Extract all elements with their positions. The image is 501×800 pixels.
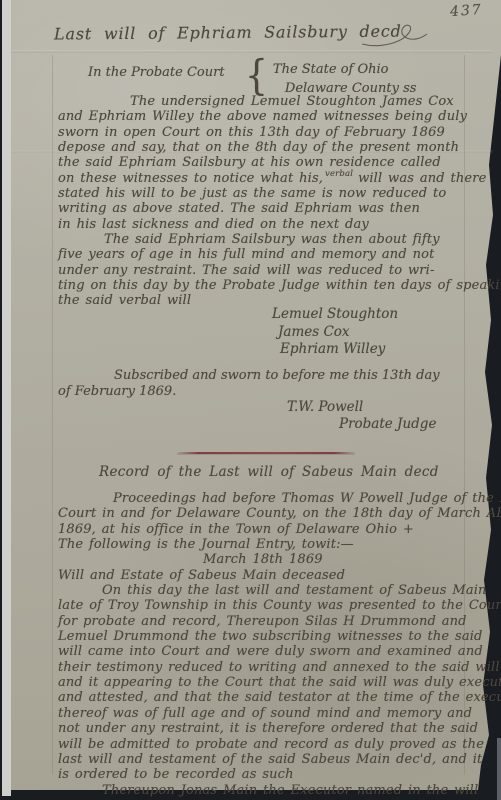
body-line: under any restraint. The said will was r…: [58, 263, 501, 278]
will2-body: Proceedings had before Thomas W Powell J…: [58, 491, 501, 798]
will1-title: Last will of Ephriam Sailsbury decd: [54, 21, 402, 43]
attestation: Subscribed and sworn to before me this 1…: [58, 368, 440, 399]
body-line: writing as above stated. The said Ephria…: [58, 201, 501, 216]
body-line: March 18th 1869: [58, 552, 501, 567]
body-line: The undersigned Lemuel Stoughton James C…: [58, 94, 501, 109]
left-margin-rule: [52, 55, 53, 775]
body-line: is ordered to be recorded as such: [58, 767, 501, 782]
body-line: Thereupon Jonas Main the Executor named …: [58, 783, 501, 798]
body-line: Court in and for Delaware County, on the…: [58, 506, 501, 521]
court-header: In the Probate Court { The State of Ohio…: [88, 58, 416, 98]
body-line: stated his will to be just as the same i…: [58, 186, 501, 201]
title-flourish: [360, 22, 430, 50]
signature: Ephriam Willey: [272, 341, 398, 359]
book-spine-edge: [2, 0, 11, 796]
section-divider-rule: [177, 452, 355, 454]
body-line: for probate and record, Thereupon Silas …: [58, 614, 501, 629]
body-line: their testimony reduced to writing and a…: [58, 660, 501, 675]
line-pre: on these witnesses to notice what his,: [58, 171, 323, 186]
body-line: 1869, at his office in the Town of Delaw…: [58, 522, 501, 537]
body-line: in his last sickness and died on the nex…: [58, 217, 501, 232]
judge-signature-block: T.W. Powell Probate Judge: [287, 399, 436, 433]
body-line: and it appearing to the Court that the s…: [58, 675, 501, 690]
will1-body: The undersigned Lemuel Stoughton James C…: [58, 94, 501, 309]
body-line: The following is the Journal Entry, towi…: [58, 537, 501, 552]
jurisdiction-block: The State of Ohio Delaware County ss: [273, 60, 417, 98]
page-number: 437: [449, 2, 483, 20]
inserted-word: verbal: [325, 167, 353, 182]
body-line: thereof was of full age and of sound min…: [58, 706, 501, 721]
attestation-line: Subscribed and sworn to before me this 1…: [58, 368, 440, 384]
body-line: Lemuel Drummond the two subscribing witn…: [58, 629, 501, 644]
body-line: sworn in open Court on this 13th day of …: [58, 125, 501, 140]
will2-heading: Record of the Last will of Sabeus Main d…: [99, 464, 439, 480]
signature: James Cox: [272, 324, 398, 342]
body-line: depose and say, that on the 8th day of t…: [58, 140, 501, 155]
body-line: On this day the last will and testament …: [58, 583, 501, 598]
body-line: ting on this day by the Probate Judge wi…: [58, 278, 501, 293]
photographed-ledger-page: 437 Last will of Ephriam Sailsbury decd …: [0, 0, 501, 800]
body-line: will came into Court and were duly sworn…: [58, 644, 501, 659]
state-line: The State of Ohio: [273, 60, 417, 79]
judge-title: Probate Judge: [287, 416, 436, 433]
body-line: and attested, and that the said testator…: [58, 690, 501, 705]
court-name: In the Probate Court: [88, 65, 245, 80]
body-line: the said Ephriam Sailsbury at his own re…: [58, 155, 501, 170]
judge-signature: T.W. Powell: [287, 399, 436, 416]
body-line: Proceedings had before Thomas W Powell J…: [58, 491, 501, 506]
body-line: The said Ephriam Sailsbury was then abou…: [58, 232, 501, 247]
witness-signatures: Lemuel Stoughton James Cox Ephriam Wille…: [272, 306, 398, 359]
body-line: Will and Estate of Sabeus Main deceased: [58, 568, 501, 583]
attestation-line: of February 1869.: [58, 384, 440, 400]
body-line: not under any restraint, it is therefore…: [58, 721, 501, 736]
line-post: will was and there: [358, 171, 486, 186]
body-line: five years of age in his full mind and m…: [58, 247, 501, 262]
body-line-with-insertion: on these witnesses to notice what his,ve…: [58, 171, 501, 186]
body-line: will be admitted to probate and record a…: [58, 737, 501, 752]
curly-brace: {: [245, 55, 268, 99]
signature: Lemuel Stoughton: [272, 306, 398, 324]
body-line: and Ephriam Willey the above named witne…: [58, 109, 501, 124]
body-line: last will and testament of the said Sabe…: [58, 752, 501, 767]
body-line: late of Troy Township in this County was…: [58, 598, 501, 613]
